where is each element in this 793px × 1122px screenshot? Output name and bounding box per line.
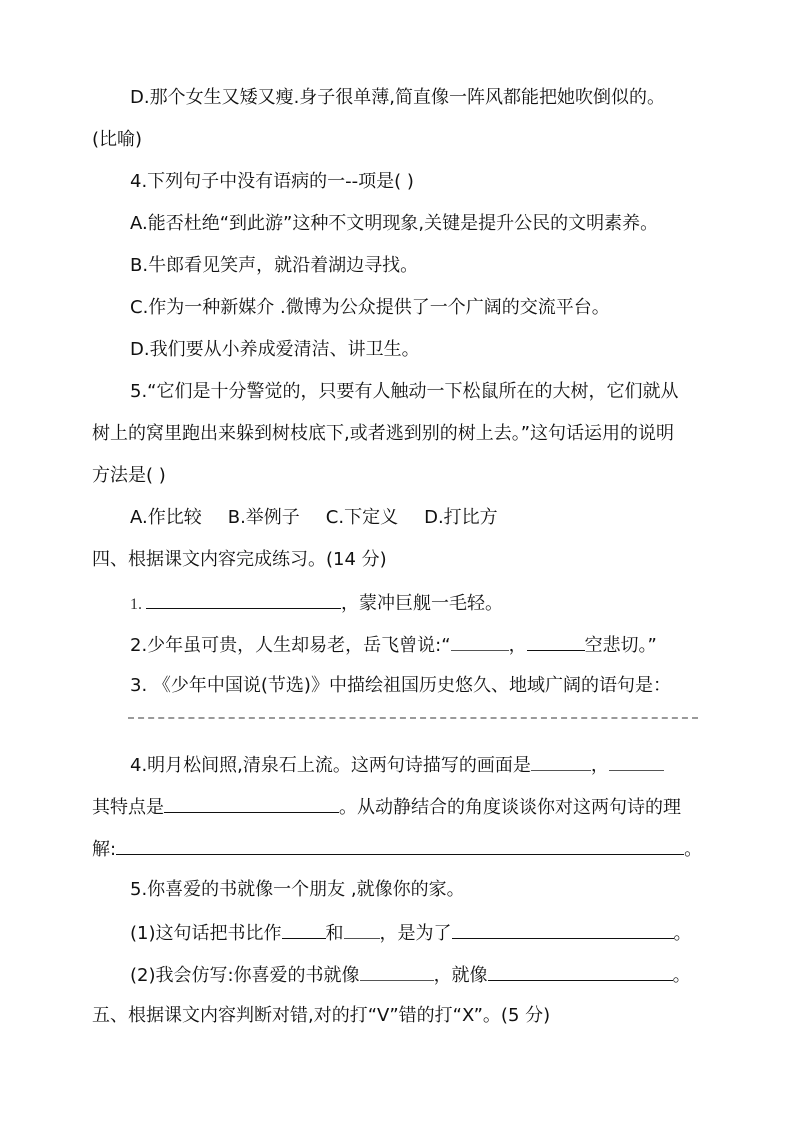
- q4-option-d: D.我们要从小养成爱清洁、讲卫生。: [130, 338, 420, 362]
- q5-option-d: D.打比方: [424, 506, 498, 530]
- item5-sub1-and: 和: [326, 923, 344, 944]
- item1-text: ，蒙冲巨舰一毛轻。: [341, 593, 503, 614]
- item2-blank-1[interactable]: [451, 632, 509, 651]
- item2-blank-2[interactable]: [527, 632, 585, 651]
- item3-answer-line[interactable]: [128, 717, 698, 719]
- q5-option-c: C.下定义: [326, 506, 398, 530]
- section4-item1: 1.，蒙冲巨舰一毛轻。: [130, 590, 503, 614]
- q4-option-c: C.作为一种新媒介 .微博为公众提供了一个广阔的交流平台。: [130, 296, 610, 320]
- item5-sub2-blank-1[interactable]: [360, 962, 434, 981]
- section5-heading: 五、根据课文内容判断对错,对的打“V”错的打“X”。(5 分): [92, 1004, 550, 1028]
- q5-option-a: A.作比较: [130, 506, 202, 530]
- item5-sub2-mid: ，就像: [434, 965, 488, 986]
- q5-stem-line3: 方法是( ): [92, 464, 166, 488]
- item5-sub1-blank-3[interactable]: [452, 920, 674, 939]
- item4-blank-2[interactable]: [609, 752, 664, 771]
- q4-option-a: A.能否杜绝“到此游”这种不文明现象,关键是提升公民的文明素养。: [130, 212, 658, 236]
- section4-item2: 2.少年虽可贵，人生却易老，岳飞曾说:“，空悲切。”: [130, 632, 657, 656]
- item4-line1-middle: ，: [591, 755, 609, 776]
- item5-sub1-blank-2[interactable]: [344, 920, 380, 939]
- item4-blank-1[interactable]: [531, 752, 591, 771]
- item4-blank-4[interactable]: [116, 836, 684, 855]
- q3-option-d: D.那个女生又矮又瘦.身子很单薄,简直像一阵风都能把她吹倒似的。: [130, 86, 665, 110]
- q5-stem-line1: 5.“它们是十分警觉的，只要有人触动一下松鼠所在的大树，它们就从: [130, 380, 679, 404]
- q3-option-d-note: (比喻): [92, 128, 142, 152]
- item5-sub1-end: 。: [674, 923, 692, 944]
- item5-sub1-blank-1[interactable]: [282, 920, 326, 939]
- section4-item5-sub2: (2)我会仿写:你喜爱的书就像，就像。: [130, 962, 691, 986]
- item5-sub2-end: 。: [673, 965, 691, 986]
- item2-before: 2.少年虽可贵，人生却易老，岳飞曾说:“: [130, 635, 451, 656]
- item5-sub1-before: (1)这句话把书比作: [130, 923, 282, 944]
- item2-after: 空悲切。”: [585, 635, 657, 656]
- item2-middle: ，: [509, 635, 527, 656]
- item1-blank[interactable]: [146, 590, 341, 609]
- section4-item4-line1: 4.明月松间照,清泉石上流。这两句诗描写的画面是，: [130, 752, 664, 776]
- section4-heading: 四、根据课文内容完成练习。(14 分): [92, 548, 387, 572]
- section4-item5-sub1: (1)这句话把书比作和，是为了。: [130, 920, 692, 944]
- item4-line3-before: 解:: [92, 839, 116, 860]
- q4-option-b: B.牛郎看见笑声，就沿着湖边寻找。: [130, 254, 418, 278]
- item4-line1-before: 4.明月松间照,清泉石上流。这两句诗描写的画面是: [130, 755, 531, 776]
- q5-option-b: B.举例子: [228, 506, 300, 530]
- section4-item4-line3: 解:。: [92, 836, 702, 860]
- item4-blank-3[interactable]: [164, 794, 339, 813]
- item5-sub2-blank-2[interactable]: [488, 962, 673, 981]
- section4-item5-stem: 5.你喜爱的书就像一个朋友 ,就像你的家。: [130, 878, 465, 902]
- q4-stem: 4.下列句子中没有语病的一--项是( ): [130, 170, 414, 194]
- item1-number: 1.: [130, 596, 142, 613]
- item4-line2-before: 其特点是: [92, 797, 164, 818]
- item4-line2-after: 。从动静结合的角度谈谈你对这两句诗的理: [339, 797, 681, 818]
- item5-sub1-mid: ，是为了: [380, 923, 452, 944]
- section4-item4-line2: 其特点是。从动静结合的角度谈谈你对这两句诗的理: [92, 794, 681, 818]
- item4-line3-after: 。: [684, 839, 702, 860]
- q5-stem-line2: 树上的窝里跑出来躲到树枝底下,或者逃到别的树上去。”这句话运用的说明: [92, 422, 674, 446]
- item5-sub2-before: (2)我会仿写:你喜爱的书就像: [130, 965, 360, 986]
- q5-options: A.作比较B.举例子C.下定义D.打比方: [130, 506, 524, 530]
- section4-item3: 3. 《少年中国说(节选)》中描绘祖国历史悠久、地域广阔的语句是：: [130, 674, 671, 698]
